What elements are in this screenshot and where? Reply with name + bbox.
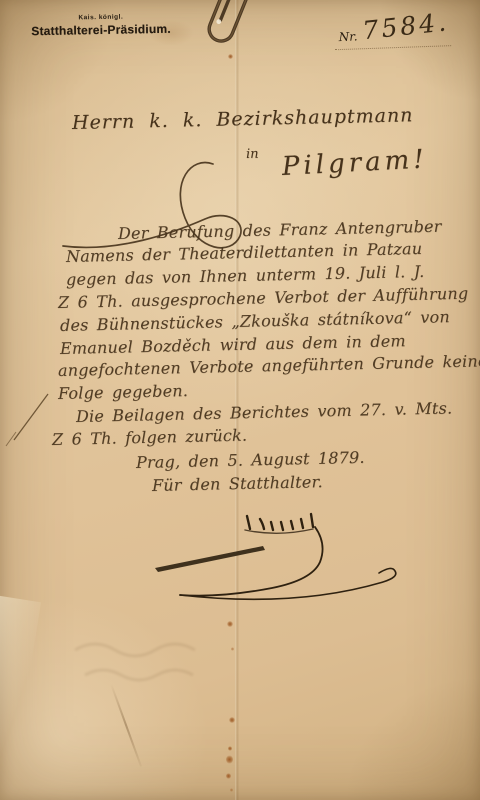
place-date-line: Prag, den 5. August 1879. [136,448,365,472]
letterhead-line-small: Kais. königl. [26,13,176,23]
paper-edge-highlight [0,596,41,770]
salutation-addressee: Herrn k. k. Bezirkshauptmann [72,104,414,134]
signature-flourish [95,500,425,615]
letter-page: Kais. königl. Statthalterei-Präsidium. N… [0,0,480,800]
letterhead-line-main: Statthalterei-Präsidium. [26,22,176,39]
ink-showthrough [70,630,230,700]
postscript-line: Z 6 Th. folgen zurück. [52,426,248,449]
signature-wedge-stroke [155,546,265,572]
rust-spot [226,755,233,764]
body-line: Folge gegeben. [58,381,189,403]
number-value: 7584. [361,7,450,45]
rust-spot [226,773,231,779]
letterhead: Kais. königl. Statthalterei-Präsidium. [26,13,176,39]
margin-tick [4,390,59,450]
rust-spot [227,621,233,627]
number-underline [335,45,451,50]
number-label: Nr. [339,29,358,44]
rust-spot [228,746,232,751]
paperclip-icon [176,0,278,71]
salutation-place: Pilgram! [281,144,428,182]
rust-spot [231,647,234,651]
signoff-line: Für den Statthalter. [152,472,323,495]
document-number-block: Nr. 7584. [338,12,458,16]
rust-spot [230,788,233,792]
postscript-line: Die Beilagen des Berichtes vom 27. v. Mt… [76,398,453,426]
rust-spot [229,717,235,723]
